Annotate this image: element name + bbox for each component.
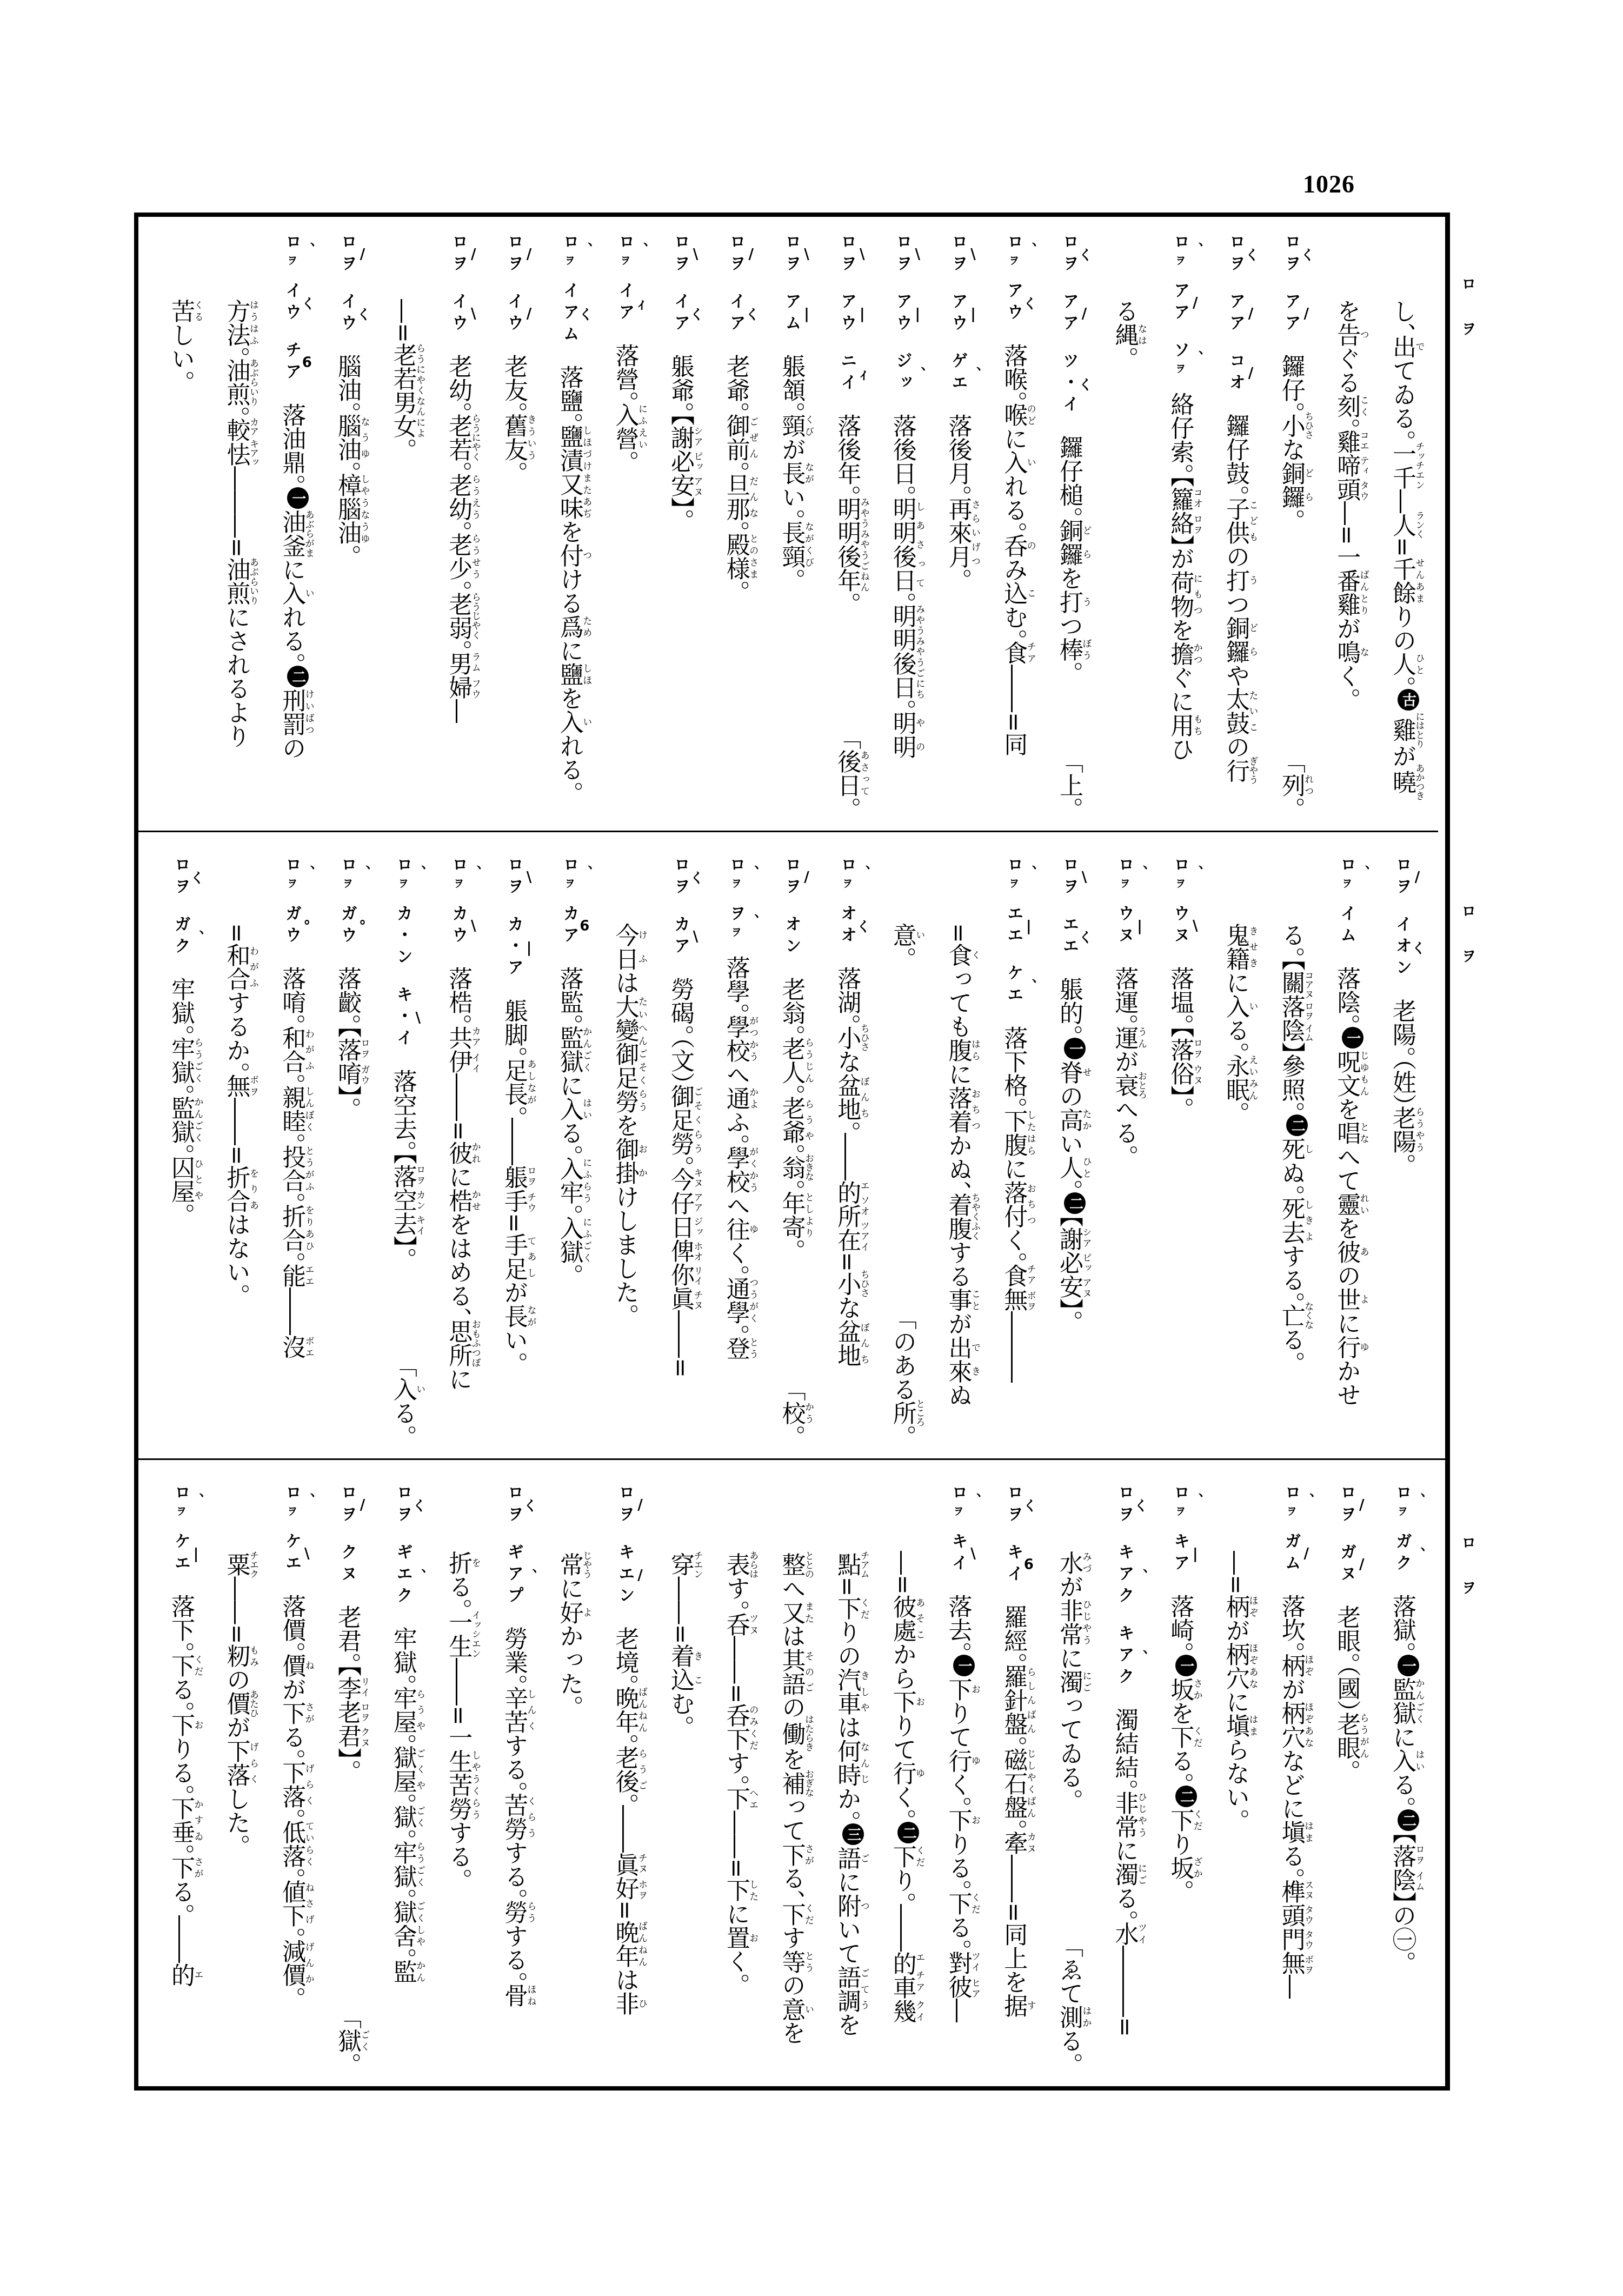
continuation-line: 水みづが非常ひじやうに濁にごってゐる。「ゑて測はかる。	[1036, 1460, 1092, 2086]
text-run: れる。	[556, 734, 583, 793]
ruby-base: 永眠	[1222, 1054, 1249, 1101]
ruby-term: 千餘せんあま	[1388, 557, 1416, 605]
headword-syllable: ロヲ\	[949, 233, 968, 276]
headword-syllable: ガク、	[1393, 1532, 1412, 1576]
headword-syllable: イウ\	[449, 293, 468, 336]
text-run: り。――	[889, 1868, 916, 1952]
tone-mark-icon: 、	[1021, 233, 1037, 266]
headword-syllable: ロヲ\	[782, 233, 801, 276]
entry-text: 表あらはす。呑ツヌ――=呑下のみくだす。下ヘエ――=下したに置おく。	[713, 1551, 759, 1985]
tone-mark-icon: /	[465, 233, 482, 276]
ruby-reading: あぶらがま	[303, 510, 314, 558]
ruby-term: 一生イッシエン	[444, 1610, 472, 1658]
ruby-term: 下くだ	[1166, 1725, 1194, 1749]
headword: ロヲ、オオく	[823, 856, 870, 948]
ruby-reading: つ	[581, 543, 591, 567]
text-run: する	[944, 1240, 972, 1288]
continuation-line: 意い。「のある所ところ。	[870, 832, 926, 1458]
text-run: 老翁。	[777, 977, 805, 1037]
headword-syllable: ロヲ、	[282, 856, 301, 888]
ruby-reading: くだ	[192, 1654, 203, 1677]
text-run: へ	[722, 1193, 750, 1217]
ruby-reading: うん	[1136, 1026, 1147, 1050]
ruby-reading: あぶらいり	[248, 359, 258, 406]
tone-mark-icon: く	[188, 856, 204, 899]
text-run: ――=同上を	[1000, 1855, 1027, 1994]
syllable-small-kana: ヲ	[1395, 1505, 1408, 1516]
dictionary-entry: ロヲ、ヲヲ、落學。學校がつかうへ通かよふ。學校がくかうへ往ゆく。通學つうがく。登…	[703, 832, 759, 1458]
ruby-base: 獄	[334, 2029, 361, 2053]
text-run: 。	[1111, 347, 1139, 359]
text-run: つ	[1055, 614, 1083, 638]
text-run: の	[1333, 1264, 1360, 1288]
text-run: 。	[722, 580, 750, 592]
headword-syllable: アム|	[782, 293, 801, 336]
text-run: は	[611, 971, 638, 994]
ruby-reading: たいへんごそくらう	[636, 994, 647, 1113]
text-run: 羅經。	[1000, 1605, 1027, 1664]
text-run: 。	[722, 461, 750, 473]
dictionary-entry: ロヲ/クヌ老君。【李老君リイ ロヲ クヌ】。「獄ごく。	[315, 1460, 370, 2086]
text-run: ――=	[223, 1098, 250, 1165]
tone-mark-icon: 、	[1187, 1484, 1203, 1516]
ruby-term: 非ひ	[611, 1992, 638, 2015]
text-run: 。	[1166, 1880, 1194, 1892]
text-run: く。	[944, 1773, 972, 1808]
text-run: 落空去。【	[389, 1069, 417, 1164]
ruby-base: 水	[1055, 1551, 1083, 1575]
text-run: や	[1222, 663, 1249, 687]
ruby-term: 付つ	[556, 543, 583, 567]
ruby-base: 落俗	[1166, 1038, 1194, 1085]
text-run: を	[833, 2013, 861, 2036]
ruby-reading: コエ ティ タウ	[1358, 430, 1369, 501]
tone-mark-icon: /	[1298, 293, 1314, 336]
text-run: 。――	[611, 1793, 638, 1853]
dictionary-band-1: し、出でてゐる。一千チッチエン―人ランく=千餘せんあまりの人ひと。古雞にはとりが…	[138, 217, 1445, 831]
entry-text: 常じやうに好よかった。	[546, 1551, 593, 1708]
text-run: 落梏。	[444, 966, 472, 1026]
headword: ロヲ、ガム/	[1268, 1484, 1314, 1576]
headword-syllable: ロヲ、	[394, 856, 413, 888]
text-run: っても	[944, 967, 972, 1038]
ruby-term: 入牢にふらう	[556, 1157, 583, 1204]
syllable-small-kana: ヲ	[341, 878, 354, 888]
ruby-base: 下落	[278, 1761, 305, 1808]
headword-syllable: ロヲく	[1004, 1484, 1023, 1527]
dictionary-entry: ロヲくギエク、牢獄。牢屋らうや。獄屋ごくや。獄ごく。牢獄らうごく。獄舍ごくしや。…	[370, 1460, 426, 2086]
ruby-base: 明明後日	[889, 497, 916, 592]
tone-mark-icon: \	[688, 915, 704, 959]
ruby-term: 下お	[944, 1677, 972, 1701]
ruby-term: 折合をりあひ	[278, 1204, 305, 1252]
text-run: の	[223, 1668, 250, 1691]
ruby-base: 呑	[1000, 534, 1027, 558]
ruby-term: 老幼らうえう	[444, 473, 472, 521]
ruby-reading: い	[1025, 450, 1036, 474]
ruby-term: 下くだ	[777, 1902, 805, 1926]
dictionary-band-2: ロヲ/イオンく老陽。（姓）老陽らうやう。ロヲ、イム落陰。一呪文じゆもんを唱となへ…	[138, 832, 1445, 1458]
ruby-base: 明明	[889, 711, 916, 759]
ruby-term: 監かん	[389, 1960, 417, 1983]
headword-syllable: ロヲ、	[1337, 856, 1356, 888]
ruby-reading: で	[1414, 335, 1425, 359]
ruby-base: 學校	[722, 1146, 750, 1193]
ruby-term: 銅鑼どら	[1222, 616, 1249, 663]
ruby-term: 出來でき	[944, 1336, 972, 1383]
ruby-reading: ひじやう	[1080, 1598, 1091, 1646]
ruby-base: 下	[722, 1787, 750, 1810]
entry-text: ―=老若男女らうにやくなんによ。	[380, 299, 426, 450]
ruby-base: 行	[1222, 757, 1249, 785]
tone-mark-icon: /	[743, 233, 759, 276]
ruby-base: 關落陰	[1278, 971, 1305, 1042]
ruby-reading: はま	[1247, 1714, 1258, 1737]
ruby-reading: ところ	[914, 1399, 924, 1427]
text-run: 。	[944, 568, 972, 580]
ruby-base: 李老君	[334, 1676, 361, 1748]
text-run: 。	[278, 1192, 305, 1204]
text-run: れる。	[1000, 474, 1027, 534]
text-run: いて	[833, 1917, 861, 1965]
syllable-small-kana: ヲ	[1340, 878, 1353, 888]
ruby-base: 粟	[223, 1551, 250, 1578]
ruby-base: 梏	[444, 1189, 472, 1212]
headword-syllable: ロヲ、	[727, 856, 746, 888]
headword-syllable: ガヌ/	[1337, 1543, 1356, 1587]
text-run: 老幼。	[444, 354, 472, 414]
headword: ロヲ、カア6	[546, 856, 593, 948]
ruby-term: 和合わがふ	[223, 943, 250, 991]
text-run: 「	[334, 2017, 361, 2029]
text-run: ――	[278, 1288, 305, 1335]
continuation-line: 方法はうはふ。油煎あぶらいり。較怯カア キアッ―――=油煎あぶらいりにされるより	[204, 217, 260, 831]
ruby-term: 手足てあし	[500, 1233, 528, 1280]
headword-syllable: キイ\	[949, 1532, 968, 1576]
headword-syllable: ケエ\	[282, 1532, 301, 1576]
tone-mark-icon: 、	[1132, 1624, 1148, 1689]
ruby-base: 死去	[1278, 1197, 1305, 1244]
ruby-base: 下	[833, 1596, 861, 1620]
headword: ロヲ、ガウ°	[324, 856, 370, 948]
continuation-line: を告つぐる刻こく。雞啼頭コエ ティ タウ―=一番雞ばんとりが鳴なく。	[1314, 217, 1370, 831]
text-run: を	[1333, 1216, 1360, 1240]
ruby-reading: ごてう	[859, 1965, 869, 2013]
ruby-term: 老後らうご	[611, 1746, 638, 1793]
ruby-base: 意	[777, 1998, 805, 2021]
ruby-term: 殿様とのさま	[722, 533, 750, 580]
ruby-base: 殿様	[722, 533, 750, 580]
ruby-term: 柄ほぞ	[1222, 1595, 1249, 1618]
ruby-base: 較怯	[223, 417, 250, 466]
headword-syllable: ロヲ、	[1170, 856, 1189, 888]
text-run: かぬ、	[944, 1133, 972, 1193]
ruby-reading: ひとや	[192, 1156, 203, 1203]
page-number: 1026	[1303, 172, 1355, 197]
entry-text: 鬼籍きせきに入いる。永眠えいみん。	[1212, 923, 1259, 1113]
dictionary-entry: ロヲくカア\勞碣。（文）御足勞ごそくらう。今仔日俾你眞キヌ アア ジッ ホオ リ…	[648, 832, 703, 1458]
headword-syllable: ゲエ、	[949, 352, 968, 395]
text-run: ――=	[722, 1810, 750, 1878]
headword: ロヲ、アア/ソヲ、	[1156, 233, 1203, 374]
entry-text: る。【關落陰コアヌ ロヲ イム】參照。二死しぬ。死去しきよする。亡なくなる。	[1268, 923, 1314, 1363]
tone-mark-icon: 、	[1021, 964, 1037, 1007]
headword: ロヲ\アウ|ゲエ、	[935, 233, 981, 395]
ruby-reading: ツヌ	[747, 1612, 758, 1636]
ruby-base: 下	[944, 1892, 972, 1915]
ruby-base: 穿	[667, 1551, 694, 1578]
ruby-term: 縄なは	[1111, 323, 1139, 347]
ruby-reading: チア ボヲ	[1025, 1264, 1036, 1311]
ruby-reading: ちひさ	[859, 1024, 869, 1052]
ruby-reading: どら	[1080, 519, 1091, 566]
dictionary-entry: ロヲ\アウ|ゲエ、落後月。再來月さらいげつ。	[926, 217, 981, 831]
text-run: る。	[944, 1915, 972, 1951]
ruby-base: 語	[833, 1846, 861, 1870]
ruby-base: 投合	[278, 1145, 305, 1192]
text-run: を	[611, 1113, 638, 1137]
ruby-reading: お	[969, 1808, 980, 1832]
headword-syllable: ロヲ/	[1337, 1484, 1356, 1527]
ruby-reading: ゆ	[747, 1217, 758, 1241]
text-run: 。	[167, 1844, 195, 1856]
text-run: 落價。	[278, 1594, 305, 1654]
headword-syllable: ヲヲ、	[727, 905, 746, 937]
ruby-term: 老爺らうや	[777, 1096, 805, 1144]
ruby-reading: い	[303, 581, 314, 605]
ruby-base: 柄穴	[1278, 1701, 1305, 1749]
ruby-term: 今仔日俾你眞キヌ アア ジッ ホオ リイ チヌ	[667, 1167, 694, 1310]
headword-syllable: イウく	[338, 293, 357, 336]
ruby-base: 男婦	[444, 652, 472, 699]
ruby-base: 雞	[1388, 712, 1416, 748]
tone-mark-icon: /	[1242, 293, 1259, 336]
ruby-base: 油煎	[223, 558, 250, 605]
ruby-reading: きしや	[859, 1668, 869, 1715]
ruby-reading: ゆ	[1358, 1335, 1369, 1359]
text-run: に	[556, 639, 583, 662]
ruby-term: 非常ひじやう	[1111, 1791, 1139, 1839]
tone-mark-icon: /	[1298, 1532, 1314, 1576]
ruby-term: 其語そのご	[777, 1648, 805, 1696]
tone-mark-icon: °	[299, 905, 315, 948]
ruby-reading: きこ	[692, 1644, 703, 1691]
headword-syllable: ロヲく	[671, 856, 690, 899]
ruby-reading: らうじん	[803, 1037, 814, 1084]
tone-mark-icon: く	[688, 293, 704, 336]
dictionary-entry: ロヲ、ガウ°落唷。和合わがふ。親睦しんぼく。投合とうがふ。折合をりあひ。能エエ―…	[260, 832, 315, 1458]
text-run: に	[722, 1902, 750, 1926]
dictionary-entry: ロヲ\カ・ア|躼脚。足長あしなが。――躼手ロヲ チウ=手足てあしが長ながい。	[481, 832, 537, 1458]
text-run: に	[556, 1577, 583, 1601]
ruby-term: 入い	[556, 710, 583, 734]
text-run: 躼爺。【	[667, 354, 694, 426]
tone-mark-icon: く	[1021, 282, 1037, 325]
headword-syllable: アア/	[1226, 293, 1245, 336]
ruby-term: 登とう	[722, 1336, 750, 1360]
ruby-base: 衰	[1111, 1072, 1139, 1099]
text-run: 落後日。	[889, 414, 916, 497]
ruby-term: 老弱らうじやく	[444, 592, 472, 640]
ruby-base: 着込	[667, 1644, 694, 1691]
ruby-base: 銅鑼	[1222, 616, 1249, 663]
tone-mark-icon: 6	[576, 905, 593, 948]
syllable-small-kana: ヲ	[1173, 878, 1186, 888]
ruby-term: 沒ボエ	[278, 1335, 305, 1359]
ruby-base: 入	[1222, 994, 1249, 1018]
ruby-term: 下垂かすゐ	[167, 1796, 195, 1844]
ruby-term: 下落げらく	[278, 1761, 305, 1808]
ruby-base: 其語	[777, 1648, 805, 1696]
text-run: る。	[1278, 1844, 1305, 1880]
headword-syllable: カ・ア|	[504, 915, 523, 980]
text-run: 。	[611, 1734, 638, 1746]
tone-mark-icon: ｨ	[854, 352, 870, 395]
ruby-base: 坂	[1166, 1677, 1194, 1701]
tone-mark-icon: 、	[1298, 1484, 1314, 1516]
ruby-term: 明明後日しあさって	[889, 497, 916, 592]
ruby-term: 呑ツヌ	[722, 1612, 750, 1636]
ruby-base: 汽車	[833, 1668, 861, 1715]
ruby-reading: い	[1247, 994, 1258, 1018]
ruby-reading: ごくしや	[414, 1900, 425, 1948]
ruby-term: 通學つうがく	[722, 1277, 750, 1324]
ruby-reading: しほづけまたあぢ	[581, 424, 591, 520]
text-run: を	[777, 1748, 805, 1771]
ruby-reading: しやうなうゆ	[358, 473, 369, 545]
ruby-term: 何時なんじ	[833, 1739, 861, 1787]
ruby-reading: みやうみやうごにち	[914, 604, 924, 699]
ruby-base: 往	[722, 1217, 750, 1241]
ruby-base: 等	[777, 1950, 805, 1974]
text-run: な	[833, 1050, 861, 1073]
ruby-reading: せ	[1080, 1060, 1091, 1084]
ruby-term: 親睦しんぼく	[278, 1085, 305, 1133]
tone-mark-icon: 、	[1132, 1543, 1148, 1608]
ruby-base: 苦勞	[500, 1793, 528, 1841]
ruby-reading: い	[914, 923, 924, 947]
ruby-reading: なくな	[1302, 1302, 1313, 1330]
ruby-term: 腦油なうゆ	[334, 414, 361, 461]
headword-syllable: ロヲ/	[504, 233, 523, 276]
headword: ロヲ\カ・ア|	[490, 856, 537, 980]
ruby-base: 監獄	[1388, 1677, 1416, 1725]
text-run: 。	[334, 2053, 361, 2065]
headword-syllable: アウ|	[893, 293, 912, 336]
tone-mark-icon: く	[521, 1484, 537, 1527]
ruby-term: 年寄としより	[777, 1191, 805, 1239]
ruby-term: 表あらは	[722, 1551, 750, 1577]
ruby-reading: をりあひ	[303, 1204, 314, 1252]
ruby-base: 小	[1278, 412, 1305, 440]
syllable-small-kana: ヲ	[285, 255, 298, 266]
headword-syllable: ロヲ、	[1393, 1484, 1412, 1516]
ruby-term: 雞にはとり	[1388, 712, 1416, 744]
ruby-base: 明明後日	[889, 604, 916, 699]
ruby-term: 落陰ロヲ イム	[1388, 1844, 1416, 1892]
ruby-reading: れつ	[1302, 773, 1313, 797]
text-run: ――=	[667, 1310, 694, 1378]
text-run: を	[1333, 299, 1360, 323]
text-run: 勞業。	[500, 1627, 528, 1686]
carried-over-text: 「獄ごく。	[324, 2017, 370, 2065]
ruby-base: 折合	[278, 1204, 305, 1252]
syllable-small-kana: ヲ	[729, 926, 742, 937]
text-run: の	[777, 1974, 805, 1998]
text-run: れる。	[278, 605, 305, 665]
sense-number-badge: 二	[287, 666, 309, 687]
text-run: する。	[1278, 1244, 1305, 1304]
ruby-term: 盆地ぼんち	[833, 1319, 861, 1367]
ruby-term: 汽車きしや	[833, 1668, 861, 1715]
text-run: す。	[722, 1751, 750, 1787]
ruby-reading: しんく	[526, 1686, 536, 1734]
ruby-reading: らうやう	[1414, 1106, 1425, 1153]
ruby-reading: とのさま	[747, 533, 758, 580]
syllable-small-kana: ヲ	[840, 878, 853, 888]
ruby-base: 非	[611, 1992, 638, 2015]
ruby-reading: し	[1302, 1137, 1313, 1161]
dictionary-entry: ロヲくガク、牢獄。牢獄らうごく。監獄かんごく。囚屋ひとや。	[148, 832, 204, 1458]
entry-text: 鑼仔鼓。子供こどもの打うつ銅鑼どらや太鼓たいこの行ぎやう	[1212, 414, 1259, 785]
tone-mark-icon: /	[632, 1484, 648, 1527]
ruby-term: 永眠えいみん	[1222, 1054, 1249, 1101]
ruby-reading: てあし	[526, 1233, 536, 1280]
text-run: に	[1333, 1311, 1360, 1335]
ruby-term: 整ととの	[777, 1551, 805, 1577]
text-run: =	[1388, 537, 1416, 557]
text-run: する。	[500, 1734, 528, 1793]
ruby-term: 一千チッチエン	[1388, 442, 1416, 489]
ruby-term: 語調ごてう	[833, 1965, 861, 2013]
ruby-reading: とうがふ	[303, 1145, 314, 1192]
text-run: 落學。	[722, 955, 750, 1015]
tone-mark-icon: \	[299, 1532, 315, 1576]
text-run: が	[500, 1280, 528, 1304]
ruby-term: 躼手ロヲ チウ	[500, 1165, 528, 1213]
headword-syllable: ロヲ、	[171, 1484, 190, 1516]
ruby-reading: くる	[192, 299, 203, 323]
headword-syllable: ロヲ/	[727, 233, 746, 276]
entry-text: 落唷。和合わがふ。親睦しんぼく。投合とうがふ。折合をりあひ。能エエ――沒ボエ	[268, 966, 315, 1359]
dictionary-entry: ロヲ/ガヌ/老眼。（國）老眼らうがん。	[1314, 1460, 1370, 2086]
ruby-reading: エ ソオ ツアイ	[859, 1180, 869, 1252]
syllable-small-kana: ヲ	[1173, 255, 1186, 266]
continuation-line: 穿チエン――=着込きこむ。	[648, 1460, 703, 2086]
ruby-reading: らうせう	[470, 533, 481, 580]
ruby-term: 下くだ	[889, 1844, 916, 1868]
dictionary-entry: ロヲ\イアく躼爺。【謝必安シア ピッ アヌ】。	[648, 217, 703, 831]
tone-mark-icon: 、	[909, 352, 926, 395]
ruby-term: 柄ほぞ	[1278, 1654, 1305, 1677]
ruby-reading: とう	[747, 1336, 758, 1360]
tone-mark-icon: 、	[299, 856, 315, 888]
ruby-reading: かん	[414, 1960, 425, 1983]
text-run: 】。	[389, 1236, 417, 1259]
text-run: を	[556, 520, 583, 543]
tone-mark-icon: 、	[965, 352, 981, 395]
ruby-base: 老陽	[1388, 1106, 1416, 1153]
ruby-base: 用	[1166, 713, 1194, 737]
text-run: な	[1278, 437, 1305, 461]
ruby-reading: けいばつ	[303, 688, 314, 736]
ruby-base: 好	[556, 1601, 583, 1624]
ruby-base: 呑	[722, 1612, 750, 1636]
ruby-term: 眞好チヌ ホヲ	[611, 1853, 638, 1900]
ruby-base: 對彼	[944, 1951, 972, 1999]
tone-mark-icon: \	[1076, 856, 1092, 899]
tone-mark-icon: 、	[1187, 856, 1203, 888]
